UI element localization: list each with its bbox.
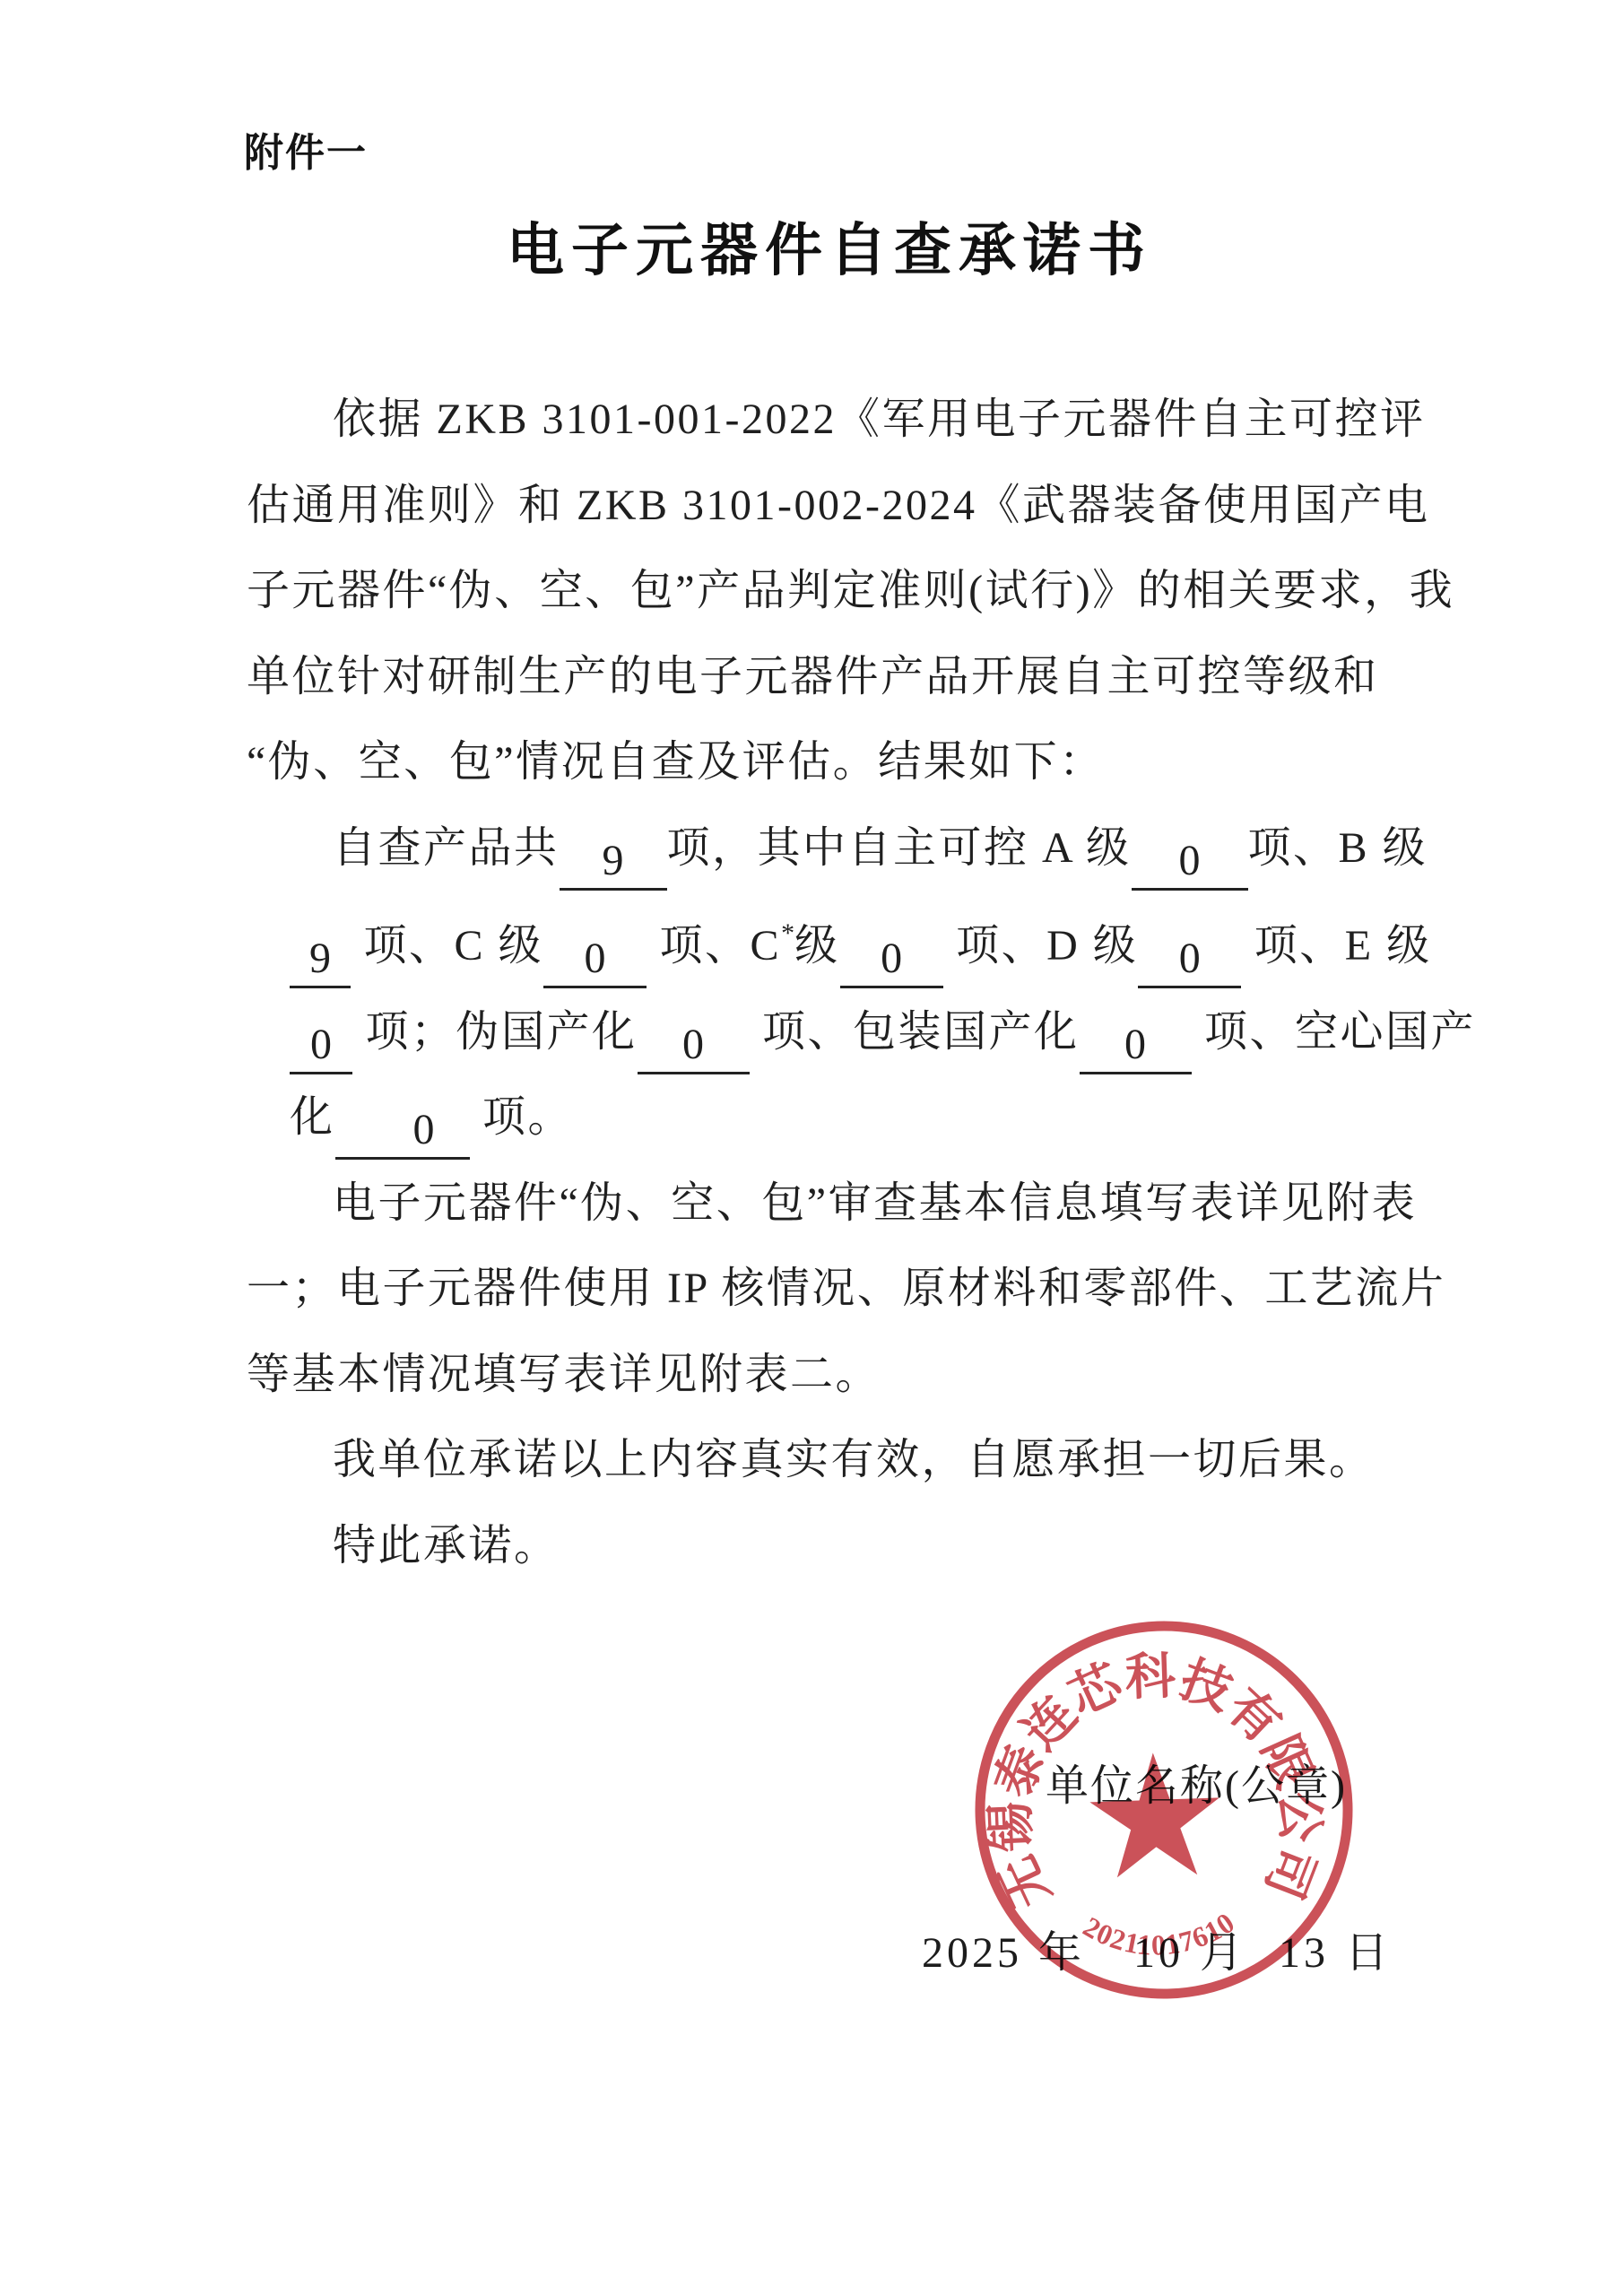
body-line: 电子元器件“伪、空、包”审查基本信息填写表详见附表 — [247, 1161, 1403, 1247]
body-line: 我单位承诺以上内容真实有效，自愿承担一切后果。 — [247, 1417, 1403, 1503]
attachment-label: 附件一 — [244, 120, 368, 178]
filled-blank-value: 0 — [290, 1018, 352, 1074]
body-text-segment: 一；电子元器件使用 IP 核情况、原材料和零部件、工艺流片 — [247, 1265, 1445, 1312]
filled-blank-value: 0 — [335, 1103, 470, 1160]
body-line: “伪、空、包”情况自查及评估。结果如下： — [247, 719, 1403, 805]
filled-blank-value: 0 — [1132, 834, 1248, 891]
body-text-segment: 项、B 级 — [1248, 824, 1428, 872]
body-line: 特此承诺。 — [247, 1503, 1403, 1589]
body-line: 单位针对研制生产的电子元器件产品开展自主可控等级和 — [247, 634, 1403, 720]
body-text-segment: 子元器件“伪、空、包”产品判定准则(试行)》的相关要求，我 — [247, 567, 1454, 614]
body-text-segment: 项、C — [647, 922, 781, 970]
body-text-segment: 单位针对研制生产的电子元器件产品开展自主可控等级和 — [247, 653, 1379, 700]
body-line: 估通用准则》和 ZKB 3101-002-2024《武器装备使用国产电 — [247, 463, 1403, 549]
body-text-segment: 项、空心国产 — [1192, 1008, 1477, 1056]
body-text-segment: 我单位承诺以上内容真实有效，自愿承担一切后果。 — [333, 1436, 1375, 1483]
body-line: 0 项；伪国产化0 项、包装国产化0 项、空心国产 — [247, 989, 1403, 1075]
body-line: 9 项、C 级0 项、C*级0 项、D 级0 项、E 级 — [247, 891, 1403, 989]
filled-blank-value: 9 — [290, 932, 351, 988]
filled-blank-value: 0 — [840, 932, 943, 988]
body-text-segment: 项；伪国产化 — [352, 1008, 638, 1056]
seal-star-icon — [1089, 1751, 1222, 1878]
body-text: 依据 ZKB 3101-001-2022《军用电子元器件自主可控评估通用准则》和… — [247, 377, 1403, 1588]
body-text-segment: 项，其中自主可控 A 级 — [667, 824, 1132, 872]
body-text-segment: 项、C 级 — [351, 922, 543, 970]
body-line: 依据 ZKB 3101-001-2022《军用电子元器件自主可控评 — [247, 377, 1403, 463]
filled-blank-value: 9 — [560, 834, 667, 891]
body-text-segment: 估通用准则》和 ZKB 3101-002-2024《武器装备使用国产电 — [247, 482, 1429, 529]
body-line: 自查产品共9项，其中自主可控 A 级0项、B 级 — [247, 805, 1403, 891]
body-text-segment: “伪、空、包”情况自查及评估。结果如下： — [247, 738, 1105, 786]
body-text-segment: 电子元器件“伪、空、包”审查基本信息填写表详见附表 — [333, 1179, 1417, 1227]
filled-blank-value: 0 — [1080, 1018, 1192, 1074]
filled-blank-value: 0 — [1138, 932, 1241, 988]
body-line: 化 0 项。 — [247, 1074, 1403, 1161]
body-line: 等基本情况填写表详见附表二。 — [247, 1332, 1403, 1418]
body-text-segment: 等基本情况填写表详见附表二。 — [247, 1351, 881, 1398]
body-text-segment: 化 — [290, 1093, 335, 1141]
body-text-segment: 特此承诺。 — [333, 1522, 560, 1570]
body-text-segment: 自查产品共 — [333, 824, 560, 872]
body-text-segment: 项。 — [470, 1093, 574, 1141]
body-line: 一；电子元器件使用 IP 核情况、原材料和零部件、工艺流片 — [247, 1246, 1403, 1332]
body-text-segment: 项、D 级 — [943, 922, 1139, 970]
superscript-mark: * — [781, 918, 794, 948]
company-seal-stamp-icon: 无锡泰连芯科技有限公司 3202110176103 — [955, 1601, 1372, 2018]
body-text-segment: 项、E 级 — [1241, 922, 1431, 970]
page-title: 电子元器件自查承诺书 — [507, 204, 1152, 287]
body-line: 子元器件“伪、空、包”产品判定准则(试行)》的相关要求，我 — [247, 548, 1403, 634]
document-page: 附件一 电子元器件自查承诺书 依据 ZKB 3101-001-2022《军用电子… — [0, 0, 1623, 2296]
filled-blank-value: 0 — [638, 1018, 750, 1074]
body-text-segment: 项、包装国产化 — [750, 1008, 1080, 1056]
body-text-segment: 级 — [794, 922, 840, 970]
body-text-segment: 依据 ZKB 3101-001-2022《军用电子元器件自主可控评 — [333, 396, 1425, 443]
filled-blank-value: 0 — [543, 932, 647, 988]
